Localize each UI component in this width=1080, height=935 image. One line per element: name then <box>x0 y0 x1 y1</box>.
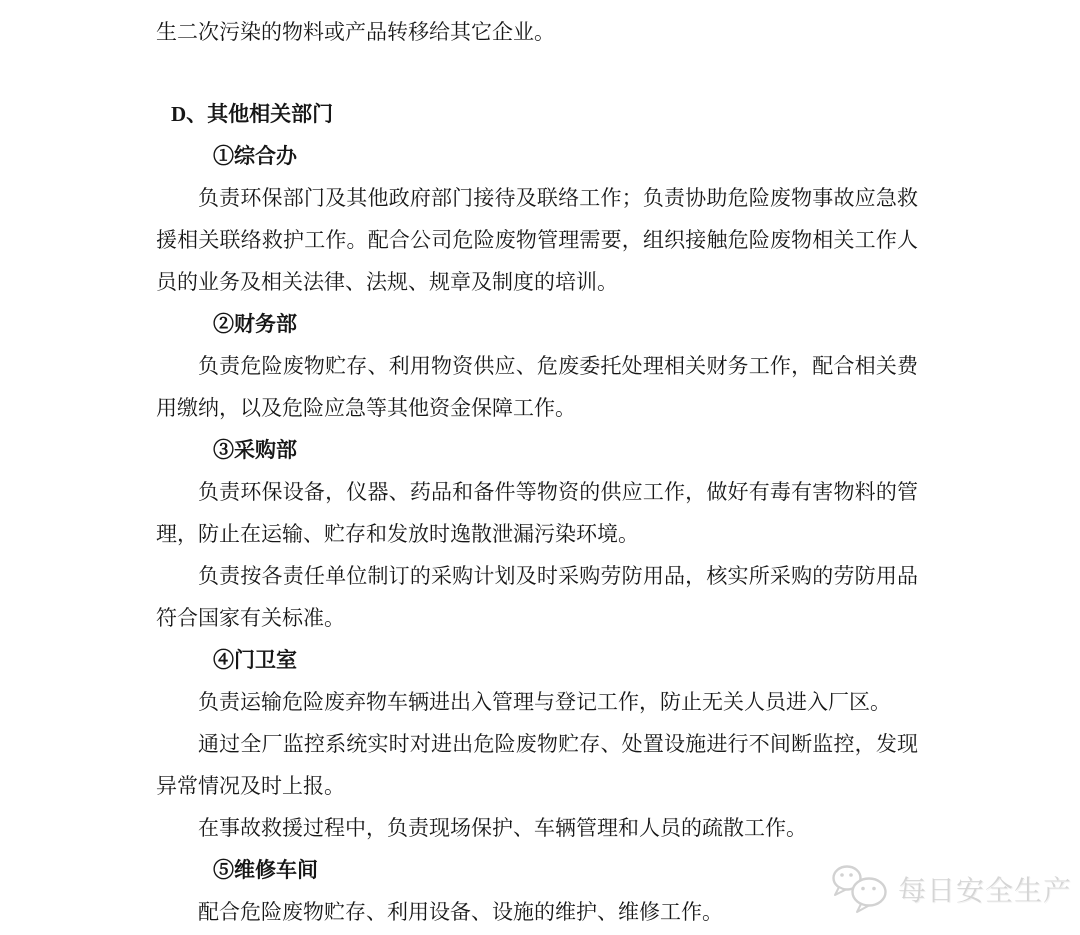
subsection-heading-maintenance: ⑤维修车间 <box>156 849 918 891</box>
subsection-heading-gatehouse: ④门卫室 <box>156 639 918 681</box>
watermark-text: 每日安全生产 <box>898 869 1072 909</box>
paragraph-gatehouse-1: 负责运输危险废弃物车辆进出入管理与登记工作，防止无关人员进入厂区。 <box>156 681 918 723</box>
intro-paragraph: 生二次污染的物料或产品转移给其它企业。 <box>156 11 918 53</box>
paragraph-procurement-2: 负责按各责任单位制订的采购计划及时采购劳防用品，核实所采购的劳防用品符合国家有关… <box>156 555 918 639</box>
paragraph-general-office: 负责环保部门及其他政府部门接待及联络工作；负责协助危险废物事故应急救援相关联络救… <box>156 177 918 303</box>
wechat-icon <box>830 864 892 914</box>
paragraph-procurement-1: 负责环保设备，仪器、药品和备件等物资的供应工作，做好有毒有害物料的管理，防止在运… <box>156 471 918 555</box>
document-page: 生二次污染的物料或产品转移给其它企业。 D、其他相关部门 ①综合办 负责环保部门… <box>156 11 918 933</box>
subsection-heading-general-office: ①综合办 <box>156 135 918 177</box>
section-d-heading: D、其他相关部门 <box>156 93 918 135</box>
paragraph-finance: 负责危险废物贮存、利用物资供应、危废委托处理相关财务工作，配合相关费用缴纳，以及… <box>156 345 918 429</box>
paragraph-gatehouse-3: 在事故救援过程中，负责现场保护、车辆管理和人员的疏散工作。 <box>156 807 918 849</box>
paragraph-maintenance: 配合危险废物贮存、利用设备、设施的维护、维修工作。 <box>156 891 918 933</box>
subsection-heading-finance: ②财务部 <box>156 303 918 345</box>
watermark: 每日安全生产 <box>830 864 1072 914</box>
subsection-heading-procurement: ③采购部 <box>156 429 918 471</box>
paragraph-gatehouse-2: 通过全厂监控系统实时对进出危险废物贮存、处置设施进行不间断监控，发现异常情况及时… <box>156 723 918 807</box>
